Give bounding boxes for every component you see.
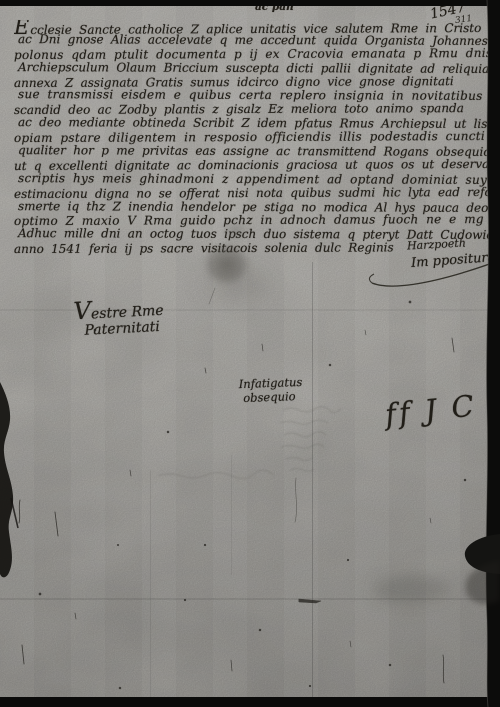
photo-edges: [0, 0, 500, 707]
manuscript-photo: Ecclesie Sancte catholice Z aplice unita…: [0, 0, 500, 707]
